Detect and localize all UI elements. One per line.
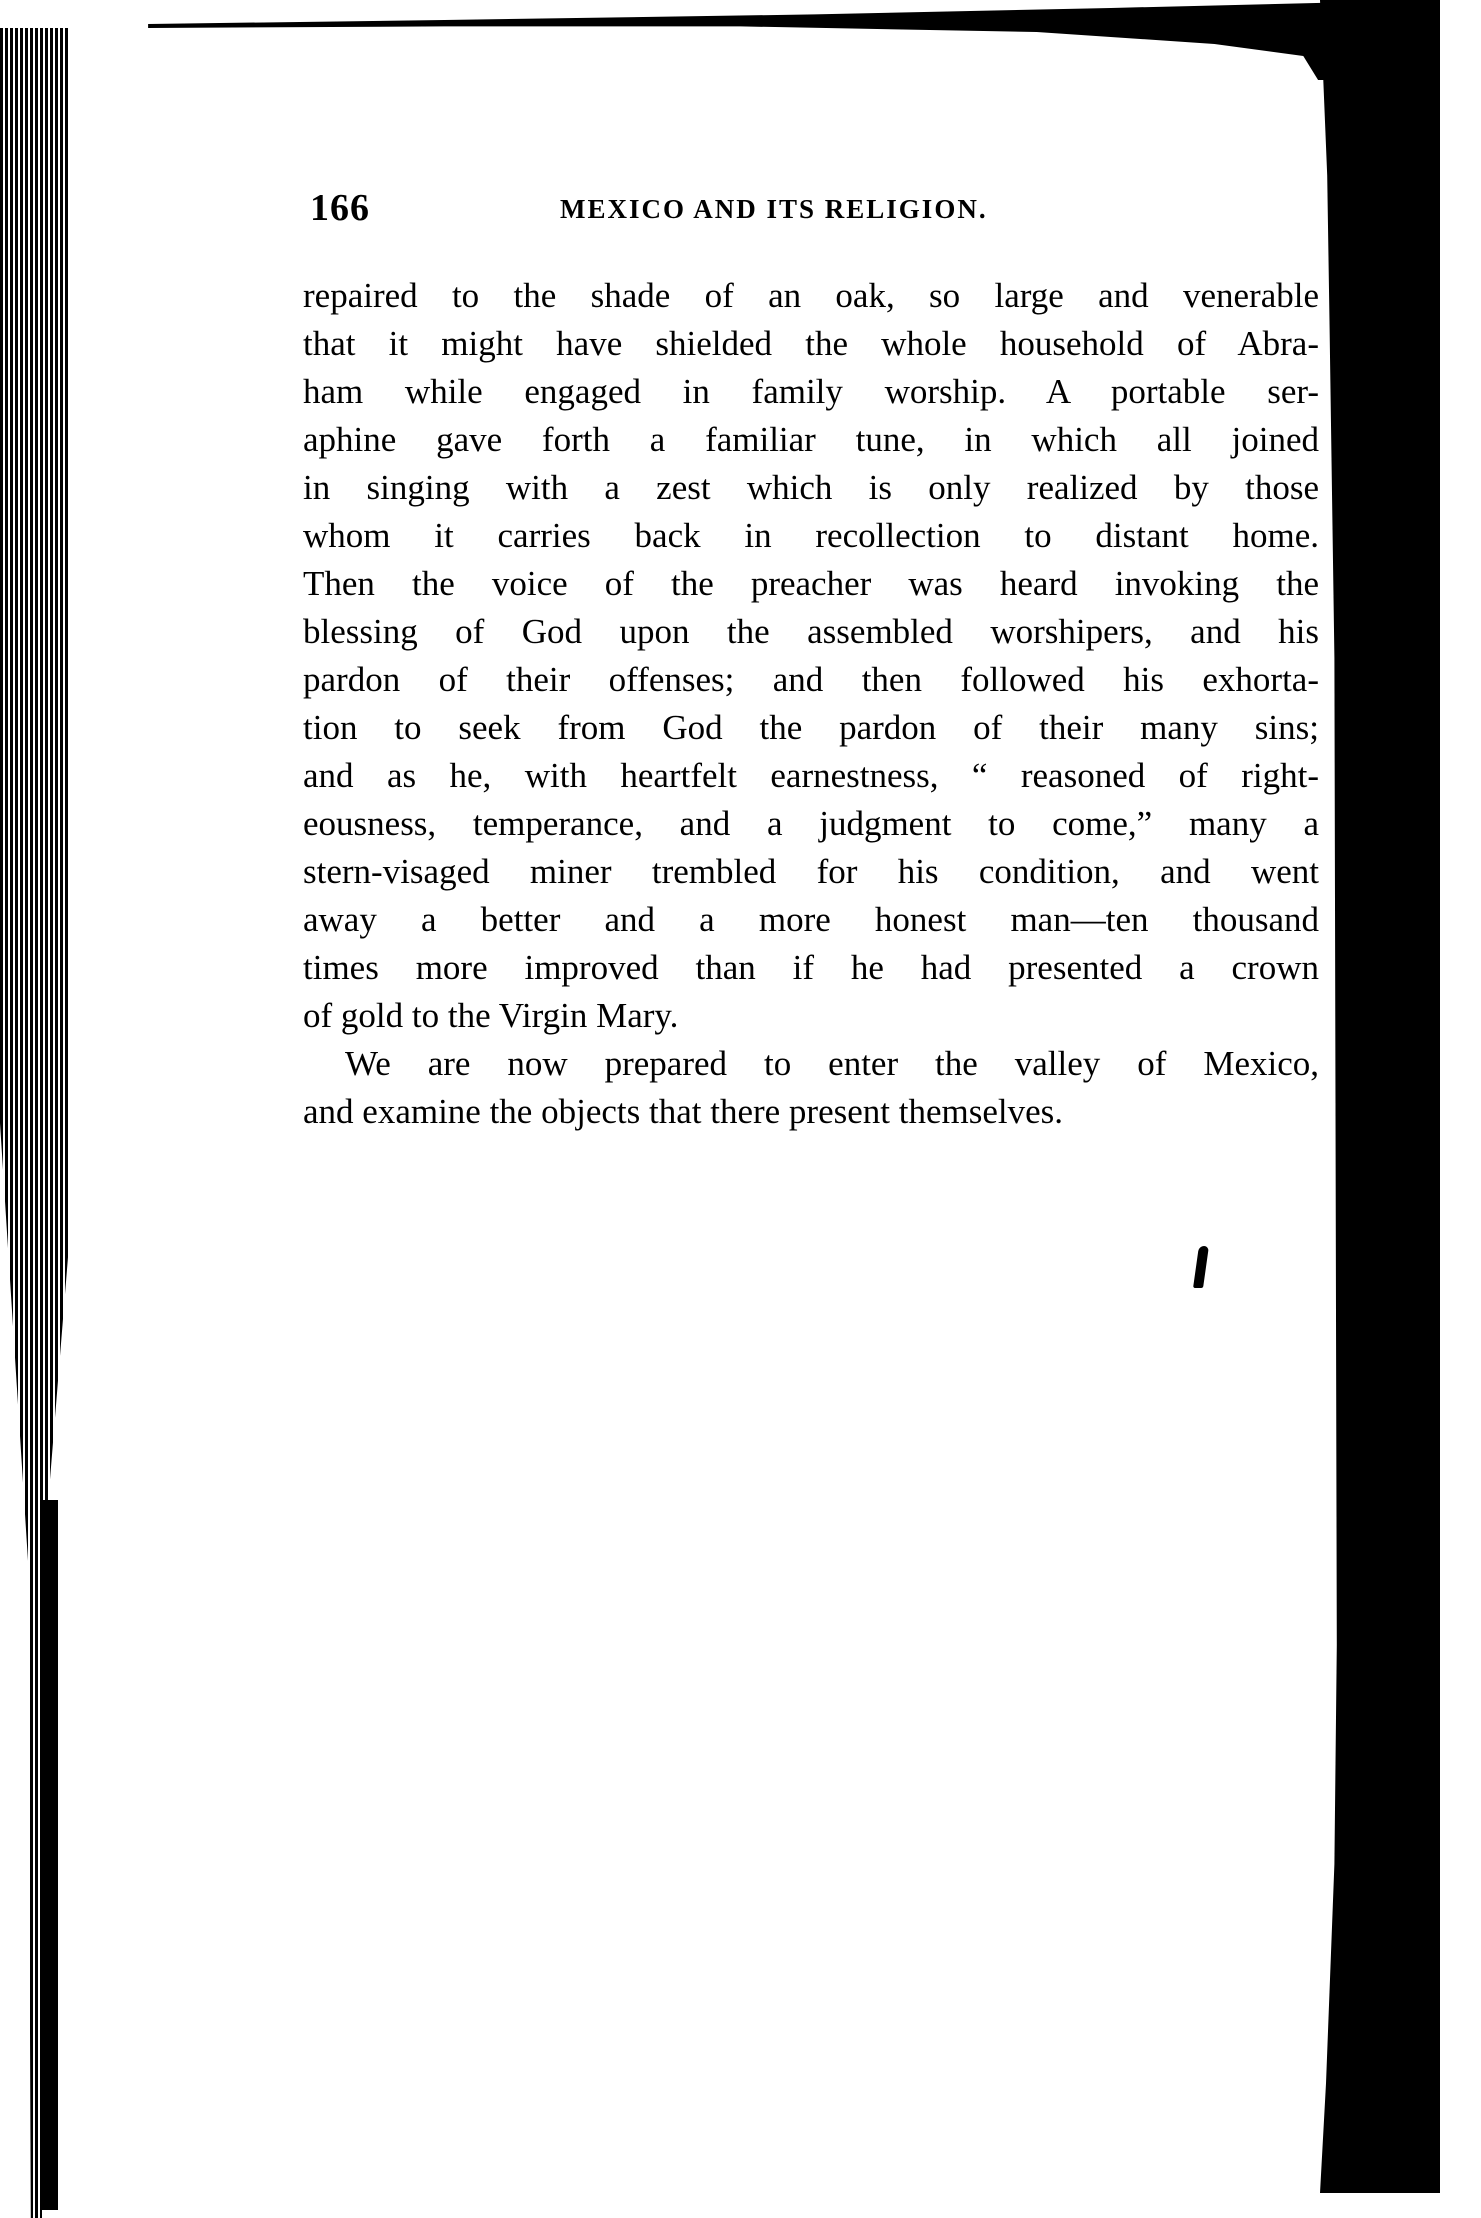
text-line: that it might have shielded the whole ho… xyxy=(303,320,1319,368)
text-line: tion to seek from God the pardon of thei… xyxy=(303,704,1319,752)
paragraph: repaired to the shade of an oak, so larg… xyxy=(303,272,1319,1040)
text-line: away a better and a more honest man—ten … xyxy=(303,896,1319,944)
book-binding-edge-lower xyxy=(40,1500,58,2210)
text-line: We are now prepared to enter the valley … xyxy=(303,1040,1319,1088)
text-line: stern-visaged miner trembled for his con… xyxy=(303,848,1319,896)
page-number: 166 xyxy=(310,186,370,230)
body-text: repaired to the shade of an oak, so larg… xyxy=(303,272,1319,1136)
text-line: and as he, with heartfelt earnestness, “… xyxy=(303,752,1319,800)
text-line: Then the voice of the preacher was heard… xyxy=(303,560,1319,608)
ink-mark xyxy=(1193,1246,1209,1288)
book-binding-edge xyxy=(0,28,70,2218)
scan-top-shadow xyxy=(0,0,1481,80)
text-line: and examine the objects that there prese… xyxy=(303,1088,1319,1136)
running-title: MEXICO AND ITS RELIGION. xyxy=(560,194,988,225)
text-line: in singing with a zest which is only rea… xyxy=(303,464,1319,512)
scan-right-edge-shadow xyxy=(1320,0,1440,2193)
text-line: of gold to the Virgin Mary. xyxy=(303,992,1319,1040)
text-line: blessing of God upon the assembled worsh… xyxy=(303,608,1319,656)
page-header: 166 MEXICO AND ITS RELIGION. xyxy=(310,186,1320,236)
text-line: eousness, temperance, and a judgment to … xyxy=(303,800,1319,848)
text-line: aphine gave forth a familiar tune, in wh… xyxy=(303,416,1319,464)
text-line: pardon of their offenses; and then follo… xyxy=(303,656,1319,704)
text-line: whom it carries back in recollection to … xyxy=(303,512,1319,560)
text-line: times more improved than if he had prese… xyxy=(303,944,1319,992)
paragraph: We are now prepared to enter the valley … xyxy=(303,1040,1319,1136)
text-line: repaired to the shade of an oak, so larg… xyxy=(303,272,1319,320)
text-line: ham while engaged in family worship. A p… xyxy=(303,368,1319,416)
